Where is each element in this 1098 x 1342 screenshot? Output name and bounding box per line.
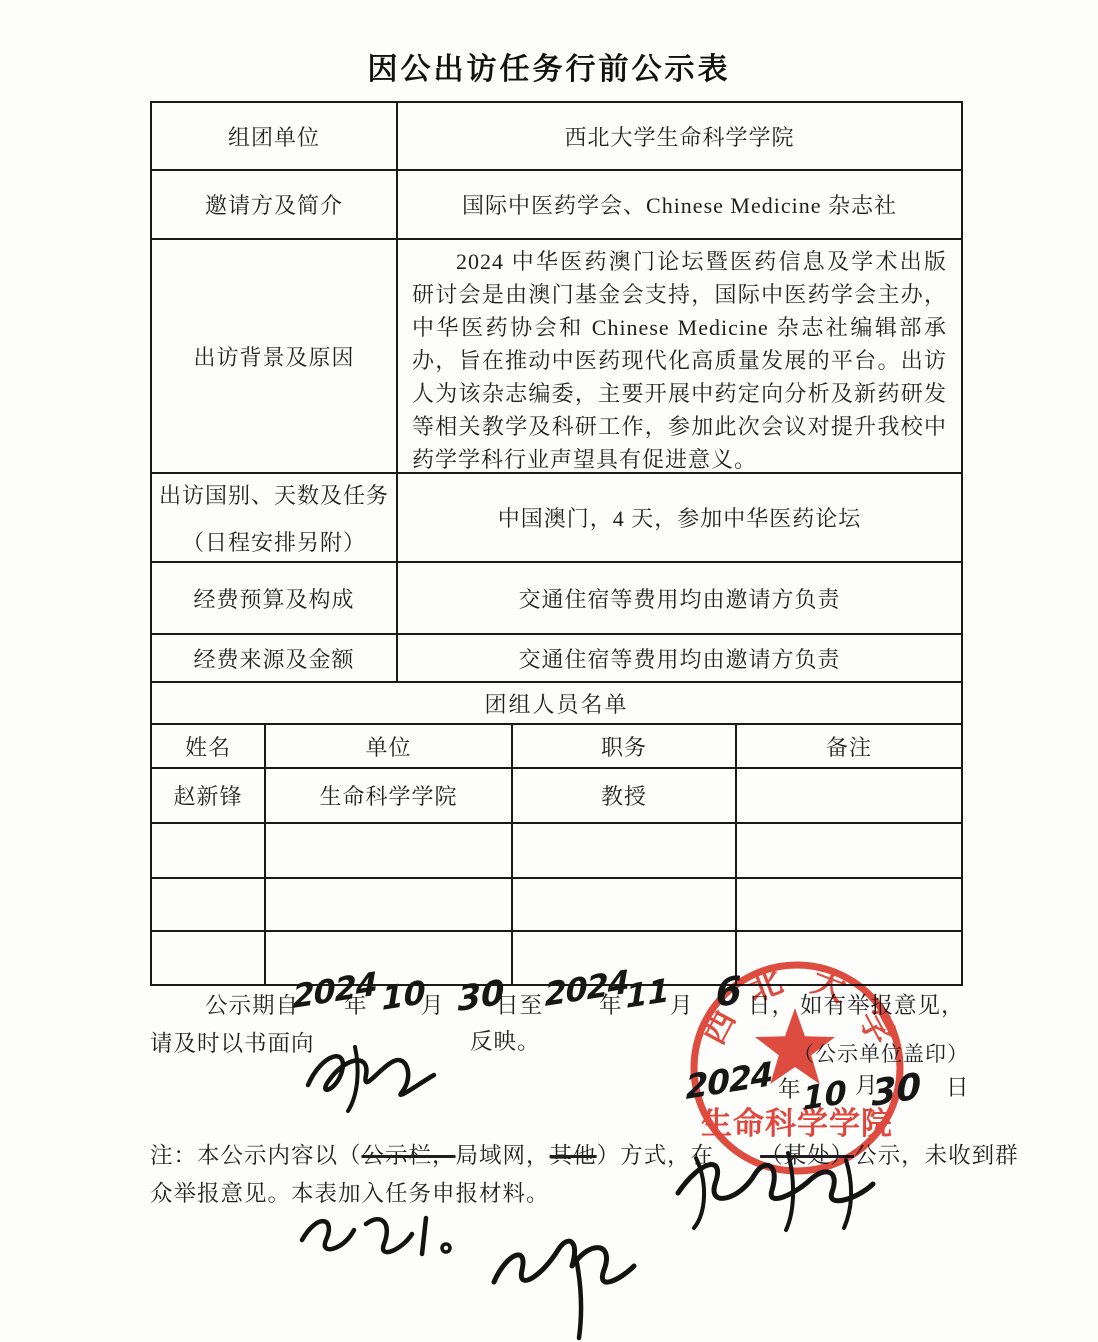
handwritten-end-day: 6 xyxy=(715,967,742,1016)
note-option-other: 其他 xyxy=(550,1143,597,1168)
handwritten-end-month: 11 xyxy=(625,971,670,1016)
handwritten-start-month: 10 xyxy=(381,973,426,1018)
roster-cell-unit xyxy=(266,879,513,930)
issuer-year-label: 年 xyxy=(778,1072,802,1104)
signature-approver xyxy=(668,1138,883,1238)
row-label-funding: 经费来源及金额 xyxy=(152,635,398,681)
table-row: 经费预算及构成 交通住宿等费用均由邀请方负责 xyxy=(152,563,961,635)
roster-row: 赵新锋 生命科学学院 教授 xyxy=(152,769,961,824)
notice-lead: 公示期自 xyxy=(205,988,299,1020)
row-value-background: 2024 中华医药澳门论坛暨医药信息及学术出版研讨会是由澳门基金会支持，国际中医… xyxy=(398,240,961,472)
roster-cell-remarks xyxy=(737,879,961,930)
roster-cell-name: 赵新锋 xyxy=(152,769,266,822)
note-option-board: 公示栏， xyxy=(362,1143,456,1168)
row-value-funding: 交通住宿等费用均由邀请方负责 xyxy=(398,635,961,681)
roster-row xyxy=(152,879,961,932)
roster-cell-name xyxy=(152,879,266,930)
roster-cell-name xyxy=(152,932,266,984)
roster-header-row: 姓名 单位 职务 备注 xyxy=(152,725,961,769)
row-value-inviter: 国际中医药学会、Chinese Medicine 杂志社 xyxy=(398,171,961,238)
notice-line2-lead: 请及时以书面向 xyxy=(150,1026,315,1058)
row-label-organizing-unit: 组团单位 xyxy=(152,103,398,169)
row-value-destination: 中国澳门，4 天，参加中华医药论坛 xyxy=(398,474,961,561)
roster-cell-position: 教授 xyxy=(513,769,737,822)
table-row: 出访国别、天数及任务 （日程安排另附） 中国澳门，4 天，参加中华医药论坛 xyxy=(152,474,961,563)
roster-section-title: 团组人员名单 xyxy=(152,683,961,723)
issuer-day-label: 日 xyxy=(946,1070,970,1102)
table-row: 组团单位 西北大学生命科学学院 xyxy=(152,103,961,171)
signature-recipient-office xyxy=(300,1035,445,1117)
row-label-inviter: 邀请方及简介 xyxy=(152,171,398,238)
row-label-budget: 经费预算及构成 xyxy=(152,563,398,633)
roster-header-remarks: 备注 xyxy=(737,725,961,767)
roster-cell-unit xyxy=(266,824,513,877)
row-value-budget: 交通住宿等费用均由邀请方负责 xyxy=(398,563,961,633)
notice-line2-tail: 反映。 xyxy=(470,1024,541,1056)
pre-departure-form-table: 组团单位 西北大学生命科学学院 邀请方及简介 国际中医药学会、Chinese M… xyxy=(150,101,963,986)
table-row: 邀请方及简介 国际中医药学会、Chinese Medicine 杂志社 xyxy=(152,171,961,240)
handwritten-remark xyxy=(290,1198,470,1273)
roster-header-position: 职务 xyxy=(513,725,737,767)
row-value-organizing-unit: 西北大学生命科学学院 xyxy=(398,103,961,169)
roster-cell-remarks xyxy=(737,769,961,822)
table-row: 出访背景及原因 2024 中华医药澳门论坛暨医药信息及学术出版研讨会是由澳门基金… xyxy=(152,240,961,474)
destination-label-line1: 出访国别、天数及任务 xyxy=(159,479,389,510)
issuer-label: （公示单位盖印） xyxy=(793,1038,969,1068)
roster-cell-remarks xyxy=(737,824,961,877)
roster-row xyxy=(152,824,961,879)
signature-applicant xyxy=(480,1220,650,1342)
roster-header-name: 姓名 xyxy=(152,725,266,767)
roster-header-unit: 单位 xyxy=(266,725,513,767)
roster-section-header-row: 团组人员名单 xyxy=(152,683,961,725)
roster-cell-unit: 生命科学学院 xyxy=(266,769,513,822)
row-label-destination: 出访国别、天数及任务 （日程安排另附） xyxy=(152,474,398,561)
note-option-lan: 局域网， xyxy=(456,1143,550,1168)
destination-label-line2: （日程安排另附） xyxy=(182,526,366,557)
stamp-bottom-text: 生命科学学院 xyxy=(701,1106,893,1141)
scanned-form-page: 因公出访任务行前公示表 组团单位 西北大学生命科学学院 邀请方及简介 国际中医药… xyxy=(0,0,1098,1342)
row-label-background: 出访背景及原因 xyxy=(152,240,398,472)
table-row: 经费来源及金额 交通住宿等费用均由邀请方负责 xyxy=(152,635,961,683)
roster-cell-name xyxy=(152,824,266,877)
handwritten-issue-day: 30 xyxy=(871,1066,921,1115)
handwritten-start-day: 30 xyxy=(457,972,504,1020)
roster-cell-position xyxy=(513,824,737,877)
roster-cell-position xyxy=(513,879,737,930)
note-prefix: 注：本公示内容以（ xyxy=(150,1143,362,1168)
page-title: 因公出访任务行前公示表 xyxy=(0,44,1098,88)
handwritten-issue-month: 10 xyxy=(802,1073,847,1118)
